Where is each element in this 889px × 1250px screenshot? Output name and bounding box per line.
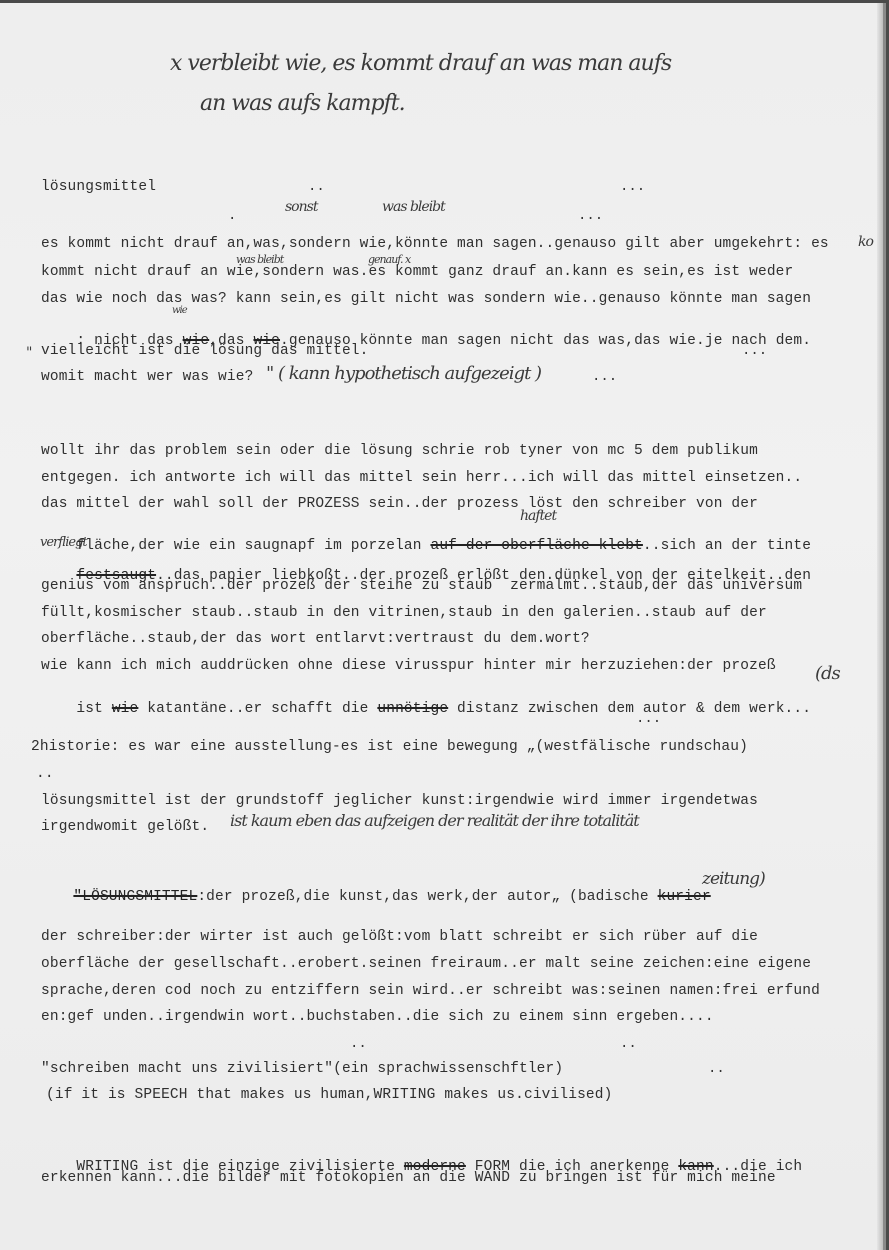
text-line: sprache,deren cod noch zu entziffern sei…: [41, 983, 820, 999]
text-line: ..: [36, 766, 54, 782]
text-line: der schreiber:der wirter ist auch gelößt…: [41, 929, 758, 945]
struck-word: wie: [112, 701, 139, 717]
handwritten-insert: zeitung): [702, 869, 765, 889]
text-line: kommt nicht drauf an wie,sondern was.es …: [41, 264, 793, 280]
text-line: es kommt nicht drauf an,was,sondern wie,…: [41, 236, 829, 252]
text-line: genius vom anspruch..der prozeß der stei…: [41, 578, 802, 594]
text-line: vielleicht ist die lösung das mittel.: [41, 343, 369, 359]
ellipsis: ..: [308, 179, 325, 195]
text-line: oberfläche..staub,der das wort entlarvt:…: [41, 631, 590, 647]
text: katantäne..er schafft die: [138, 701, 377, 717]
english-quote-line: (if it is SPEECH that makes us human,WRI…: [46, 1087, 613, 1103]
handwritten-insert: verfliegt: [40, 535, 87, 550]
ellipsis: ...: [592, 369, 617, 385]
margin-mark: ": [26, 345, 31, 361]
handwritten-margin-note: ko: [858, 234, 873, 250]
scanned-page: x verbleibt wie, es kommt drauf an was m…: [0, 3, 886, 1250]
text-line: lösungsmittel ist der grundstoff jeglich…: [41, 793, 758, 809]
text-line: oberfläche der gesellschaft..erobert.sei…: [41, 956, 811, 972]
handwritten-note-header-line2: an was aufs kampft.: [200, 91, 405, 116]
text-line: wollt ihr das problem sein oder die lösu…: [41, 443, 758, 459]
text-line: irgendwomit gelößt.: [41, 819, 209, 835]
ellipsis: ...: [636, 711, 661, 727]
text-line: 2historie: es war eine ausstellung-es is…: [31, 739, 748, 755]
dot: .: [228, 208, 236, 224]
heading-loesungsmittel: lösungsmittel: [41, 179, 156, 195]
text-line: womit macht wer was wie?: [41, 369, 253, 385]
text-line: erkennen kann...die bilder mit fotokopie…: [41, 1170, 776, 1186]
text: distanz zwischen dem autor & dem werk...: [448, 701, 811, 717]
handwritten-margin-note: (ds: [815, 663, 840, 684]
handwritten-insert: sonst: [285, 199, 317, 215]
text-line: das mittel der wahl soll der PROZESS sei…: [41, 496, 758, 512]
ellipsis: ...: [578, 208, 603, 224]
ellipsis: ...: [742, 343, 767, 359]
quote-line: "schreiben macht uns zivilisiert"(ein sp…: [41, 1061, 563, 1077]
ellipsis: ...: [620, 179, 645, 195]
text-line: wie kann ich mich auddrücken ohne diese …: [41, 658, 776, 674]
ellipsis: ..: [708, 1061, 725, 1077]
text-line: "LÖSUNGSMITTEL:der prozeß,die kunst,das …: [38, 873, 711, 921]
handwritten-insert: wie: [172, 305, 187, 316]
text-line: füllt,kosmischer staub..staub in den vit…: [41, 605, 767, 621]
struck-word: kurier: [658, 889, 711, 905]
struck-word: unnötige: [377, 701, 448, 717]
text-line: das wie noch das was? kann sein,es gilt …: [41, 291, 811, 307]
text: ist: [76, 701, 111, 717]
struck-word: "LÖSUNGSMITTEL: [73, 889, 197, 905]
handwritten-insert: ist kaum eben das aufzeigen der realität…: [230, 811, 639, 830]
text-line: entgegen. ich antworte ich will das mitt…: [41, 470, 802, 486]
ellipsis: ..: [620, 1036, 637, 1052]
text: :der prozeß,die kunst,das werk,der autor…: [197, 889, 657, 905]
text-line: ist wie katantäne..er schafft die unnöti…: [41, 685, 811, 733]
text-line: en:gef unden..irgendwin wort..buchstaben…: [41, 1009, 714, 1025]
handwritten-insert: " ( kann hypothetisch aufgezeigt ): [266, 363, 541, 384]
ellipsis: ..: [350, 1036, 367, 1052]
handwritten-insert: was bleibt: [382, 199, 445, 215]
handwritten-note-header-line1: x verbleibt wie, es kommt drauf an was m…: [170, 51, 671, 76]
